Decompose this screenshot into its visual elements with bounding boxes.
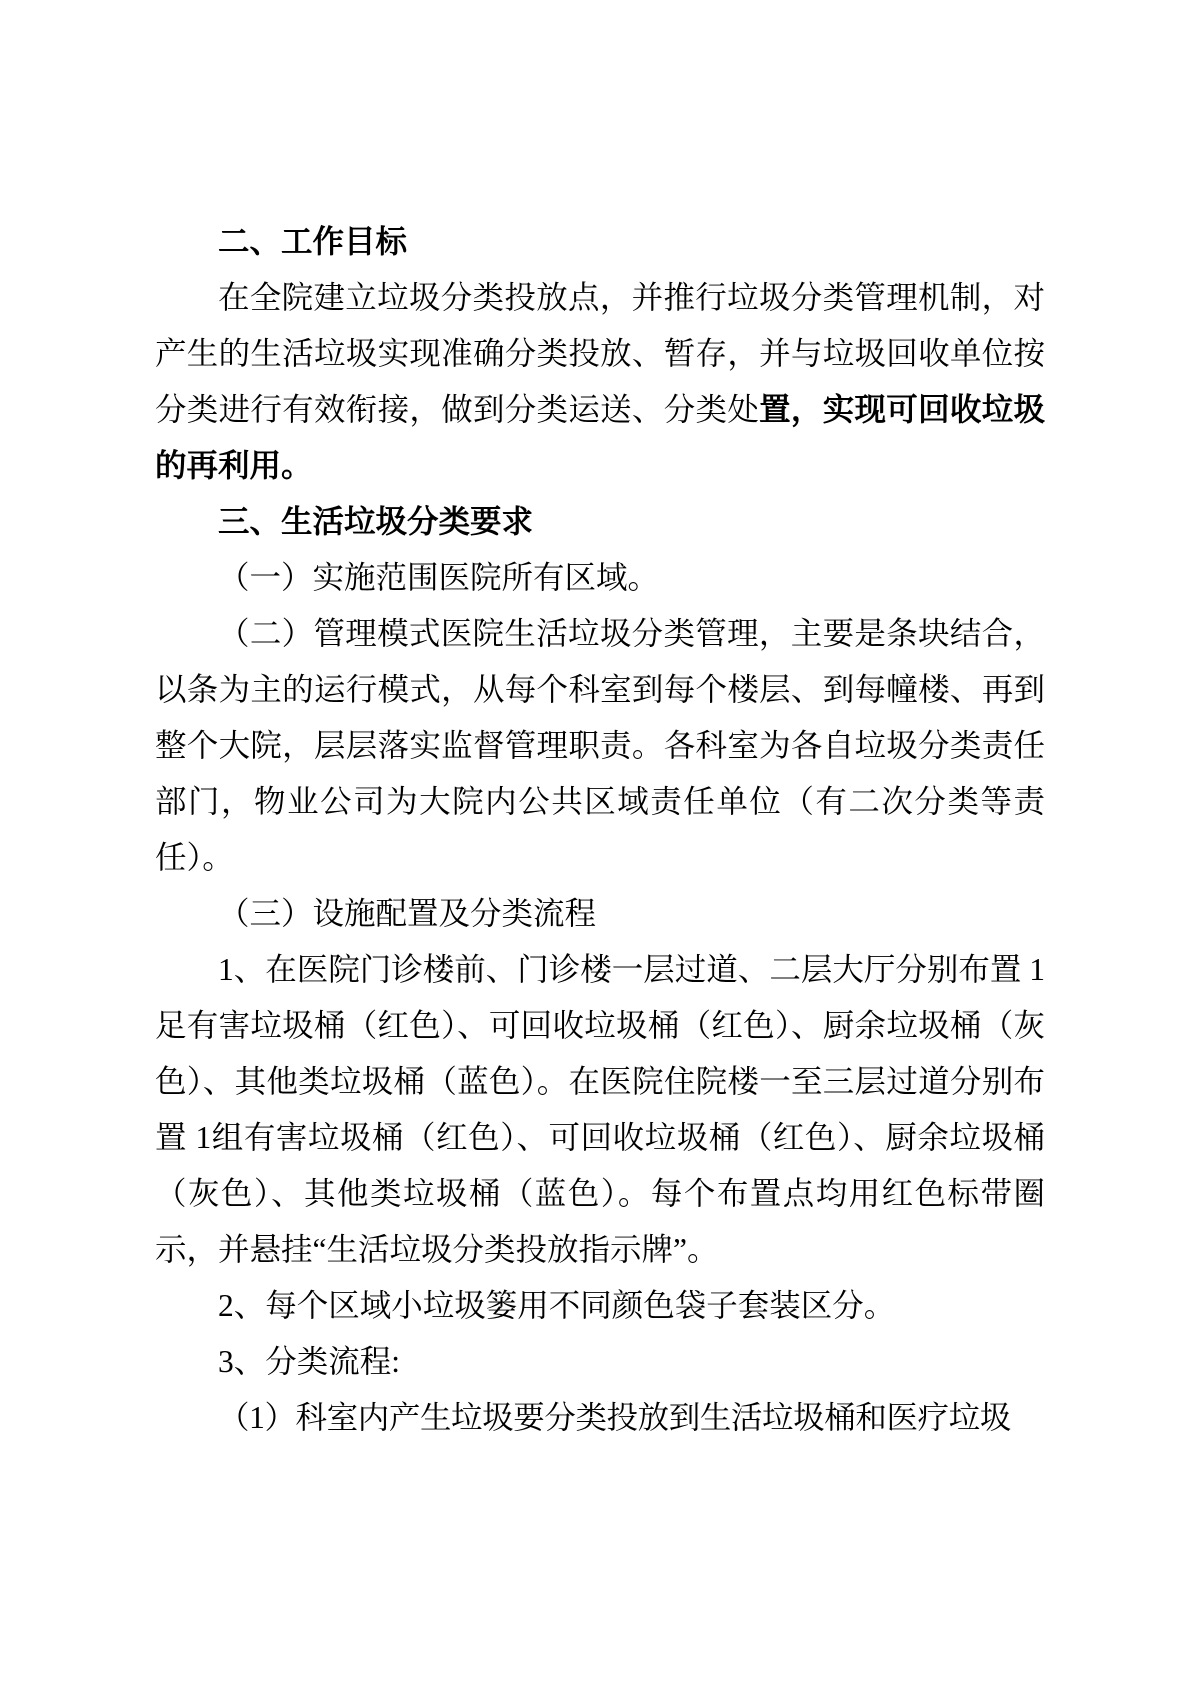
heading-work-goals: 二、工作目标 (155, 214, 1045, 270)
paragraph-scope: （一）实施范围医院所有区域。 (155, 550, 1045, 606)
paragraph-work-goal: 在全院建立垃圾分类投放点，并推行垃圾分类管理机制，对产生的生活垃圾实现准确分类投… (155, 270, 1045, 494)
document-page: 二、工作目标 在全院建立垃圾分类投放点，并推行垃圾分类管理机制，对产生的生活垃圾… (155, 214, 1045, 1446)
paragraph-bin-placement: 1、在医院门诊楼前、门诊楼一层过道、二层大厅分别布置 1足有害垃圾桶（红色）、可… (155, 942, 1045, 1278)
paragraph-bag-colors: 2、每个区域小垃圾篓用不同颜色袋子套装区分。 (155, 1278, 1045, 1334)
heading-sorting-requirements: 三、生活垃圾分类要求 (155, 494, 1045, 550)
paragraph-facility-config-heading: （三）设施配置及分类流程 (155, 886, 1045, 942)
paragraph-process-label: 3、分类流程: (155, 1334, 1045, 1390)
paragraph-dept-sorting: （1）科室内产生垃圾要分类投放到生活垃圾桶和医疗垃圾 (155, 1390, 1045, 1446)
paragraph-management-mode: （二）管理模式医院生活垃圾分类管理，主要是条块结合，以条为主的运行模式，从每个科… (155, 606, 1045, 886)
